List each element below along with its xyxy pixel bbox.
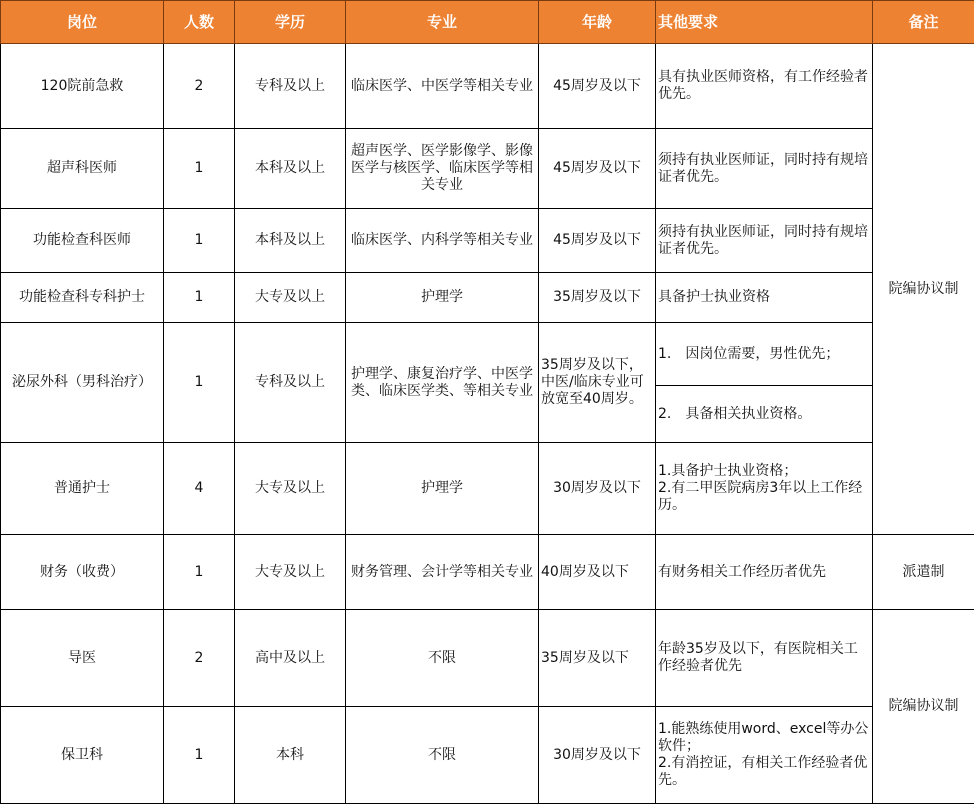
cell-age: 35周岁及以下，中医/临床专业可放宽至40周岁。 xyxy=(539,323,656,443)
cell-age: 35周岁及以下 xyxy=(539,610,656,707)
cell-position: 保卫科 xyxy=(1,707,164,804)
cell-education: 高中及以上 xyxy=(235,610,346,707)
table-row: 导医 2 高中及以上 不限 35周岁及以下 年龄35岁及以下，有医院相关工作经验… xyxy=(1,610,974,707)
cell-age: 30周岁及以下 xyxy=(539,707,656,804)
cell-position: 普通护士 xyxy=(1,443,164,535)
cell-count: 1 xyxy=(164,323,235,443)
cell-position: 财务（收费） xyxy=(1,535,164,610)
table-row: 120院前急救 2 专科及以上 临床医学、中医学等相关专业 45周岁及以下 具有… xyxy=(1,44,974,129)
cell-major: 不限 xyxy=(346,610,539,707)
cell-age: 45周岁及以下 xyxy=(539,129,656,209)
table-row: 普通护士 4 大专及以上 护理学 30周岁及以下 1.具备护士执业资格； 2.有… xyxy=(1,443,974,535)
cell-age: 30周岁及以下 xyxy=(539,443,656,535)
header-row: 岗位 人数 学历 专业 年龄 其他要求 备注 xyxy=(1,1,974,44)
cell-remark: 院编协议制 xyxy=(873,610,974,804)
cell-position: 超声科医师 xyxy=(1,129,164,209)
header-education: 学历 xyxy=(235,1,346,44)
cell-major: 超声医学、医学影像学、影像医学与核医学、临床医学等相关专业 xyxy=(346,129,539,209)
cell-major: 临床医学、中医学等相关专业 xyxy=(346,44,539,129)
cell-position: 功能检查科专科护士 xyxy=(1,273,164,323)
cell-requirements: 1.具备护士执业资格； 2.有二甲医院病房3年以上工作经历。 xyxy=(656,443,873,535)
cell-education: 大专及以上 xyxy=(235,535,346,610)
cell-age: 35周岁及以下 xyxy=(539,273,656,323)
cell-major: 临床医学、内科学等相关专业 xyxy=(346,209,539,273)
cell-major: 不限 xyxy=(346,707,539,804)
cell-age: 45周岁及以下 xyxy=(539,44,656,129)
cell-count: 1 xyxy=(164,129,235,209)
cell-remark: 派遣制 xyxy=(873,535,974,610)
cell-major: 护理学 xyxy=(346,273,539,323)
table-row: 功能检查科专科护士 1 大专及以上 护理学 35周岁及以下 具备护士执业资格 xyxy=(1,273,974,323)
cell-education: 本科 xyxy=(235,707,346,804)
cell-education: 本科及以上 xyxy=(235,209,346,273)
cell-requirements: 年龄35岁及以下，有医院相关工作经验者优先 xyxy=(656,610,873,707)
header-position: 岗位 xyxy=(1,1,164,44)
table-row: 泌尿外科（男科治疗） 1 专科及以上 护理学、康复治疗学、中医学类、临床医学类、… xyxy=(1,323,974,386)
cell-requirements: 有财务相关工作经历者优先 xyxy=(656,535,873,610)
cell-major: 财务管理、会计学等相关专业 xyxy=(346,535,539,610)
recruitment-table: 岗位 人数 学历 专业 年龄 其他要求 备注 120院前急救 2 专科及以上 临… xyxy=(0,0,974,804)
table-row: 功能检查科医师 1 本科及以上 临床医学、内科学等相关专业 45周岁及以下 须持… xyxy=(1,209,974,273)
cell-position: 功能检查科医师 xyxy=(1,209,164,273)
cell-education: 专科及以上 xyxy=(235,44,346,129)
cell-major: 护理学 xyxy=(346,443,539,535)
cell-count: 1 xyxy=(164,209,235,273)
header-count: 人数 xyxy=(164,1,235,44)
table-row: 财务（收费） 1 大专及以上 财务管理、会计学等相关专业 40周岁及以下 有财务… xyxy=(1,535,974,610)
cell-education: 大专及以上 xyxy=(235,443,346,535)
cell-count: 1 xyxy=(164,535,235,610)
cell-requirements: 具备护士执业资格 xyxy=(656,273,873,323)
cell-requirements: 须持有执业医师证，同时持有规培证者优先。 xyxy=(656,129,873,209)
cell-position: 泌尿外科（男科治疗） xyxy=(1,323,164,443)
cell-requirements: 须持有执业医师证，同时持有规培证者优先。 xyxy=(656,209,873,273)
requirement-line: 1.具备护士执业资格； xyxy=(658,463,870,480)
cell-count: 2 xyxy=(164,44,235,129)
requirement-line: 2.有消控证，有相关工作经验者优先。 xyxy=(658,755,870,789)
cell-count: 4 xyxy=(164,443,235,535)
cell-education: 大专及以上 xyxy=(235,273,346,323)
cell-age: 40周岁及以下 xyxy=(539,535,656,610)
cell-remark: 院编协议制 xyxy=(873,44,974,535)
requirement-line: 2.有二甲医院病房3年以上工作经历。 xyxy=(658,480,870,514)
cell-position: 120院前急救 xyxy=(1,44,164,129)
cell-requirements-2: 2. 具备相关执业资格。 xyxy=(656,386,873,443)
cell-requirements: 1.能熟练使用word、excel等办公软件； 2.有消控证，有相关工作经验者优… xyxy=(656,707,873,804)
header-requirements: 其他要求 xyxy=(656,1,873,44)
header-age: 年龄 xyxy=(539,1,656,44)
header-major: 专业 xyxy=(346,1,539,44)
cell-age: 45周岁及以下 xyxy=(539,209,656,273)
header-remarks: 备注 xyxy=(873,1,974,44)
table-row: 超声科医师 1 本科及以上 超声医学、医学影像学、影像医学与核医学、临床医学等相… xyxy=(1,129,974,209)
cell-requirements: 具有执业医师资格，有工作经验者优先。 xyxy=(656,44,873,129)
cell-major: 护理学、康复治疗学、中医学类、临床医学类、等相关专业 xyxy=(346,323,539,443)
cell-count: 2 xyxy=(164,610,235,707)
cell-education: 专科及以上 xyxy=(235,323,346,443)
cell-education: 本科及以上 xyxy=(235,129,346,209)
requirement-line: 1.能熟练使用word、excel等办公软件； xyxy=(658,721,870,755)
cell-position: 导医 xyxy=(1,610,164,707)
cell-requirements-1: 1. 因岗位需要，男性优先； xyxy=(656,323,873,386)
cell-count: 1 xyxy=(164,707,235,804)
cell-count: 1 xyxy=(164,273,235,323)
table-row: 保卫科 1 本科 不限 30周岁及以下 1.能熟练使用word、excel等办公… xyxy=(1,707,974,804)
